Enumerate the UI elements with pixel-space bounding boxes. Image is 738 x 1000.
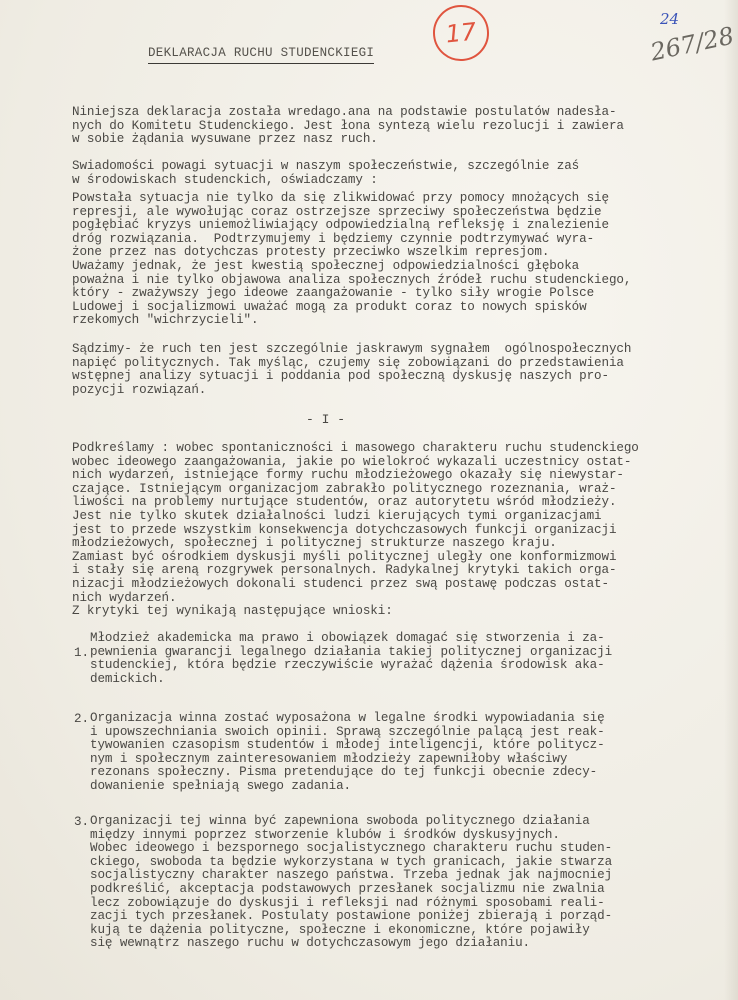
judgment-paragraph: Sądzimy- że ruch ten jest szczególnie ja…: [72, 343, 722, 397]
conclusion-number: 1.: [74, 646, 89, 660]
situation-paragraph: Powstała sytuacja nie tylko da się zlikw…: [72, 192, 722, 328]
document-title: DEKLARACJA RUCHU STUDENCKIEGI: [148, 46, 374, 64]
awareness-paragraph: Swiadomości powagi sytuacji w naszym spo…: [72, 160, 722, 187]
red-circle-stamp: 17: [430, 2, 492, 64]
typewritten-page: DEKLARACJA RUCHU STUDENCKIEGI 17 24 267/…: [0, 0, 738, 1000]
intro-paragraph: Niniejsza deklaracja została wredago.ana…: [72, 106, 722, 147]
section-heading-roman-one: - I -: [306, 412, 345, 427]
paper-edge-shadow: [724, 0, 738, 1000]
conclusion-text: Młodzież akademicka ma prawo i obowiązek…: [90, 632, 730, 686]
conclusion-text: Organizacji tej winna być zapewniona swo…: [90, 815, 730, 951]
conclusion-number: 3.: [74, 815, 89, 829]
section1-paragraph: Podkreślamy : wobec spontaniczności i ma…: [72, 442, 722, 619]
conclusion-number: 2.: [74, 712, 89, 726]
handwritten-page-number: 24: [660, 10, 679, 28]
conclusion-text: Organizacja winna zostać wyposażona w le…: [90, 712, 730, 794]
